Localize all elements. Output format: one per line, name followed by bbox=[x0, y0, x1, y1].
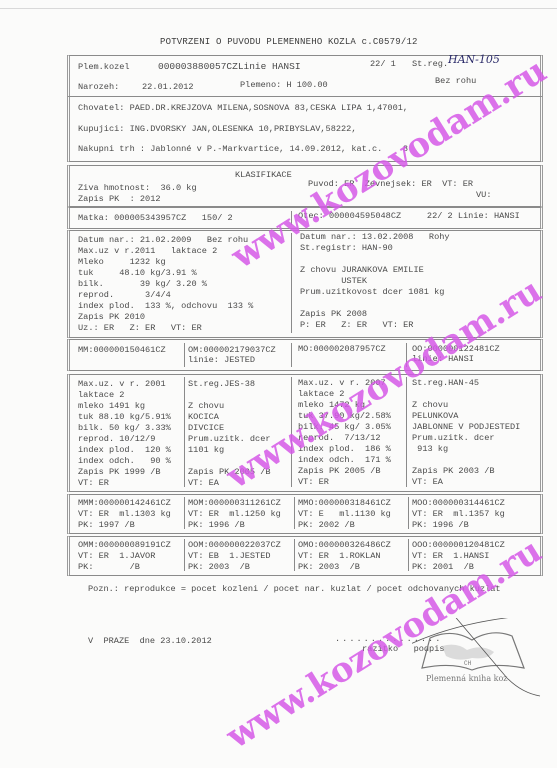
ancestor-line: VT: ER ml.1357 kg bbox=[412, 509, 505, 520]
detail-line bbox=[188, 390, 271, 401]
otec-id: Otec: 000004595048CZ 22/ 2 Linie: HANSI bbox=[298, 211, 520, 222]
ancestor-line: VT: E ml.1130 kg bbox=[298, 509, 391, 520]
detail-line: tuk 48.10 kg/3.91 % bbox=[78, 268, 253, 279]
detail-line: Zapis PK 1999 /B bbox=[78, 467, 171, 478]
oo-line: linie: HANSI bbox=[412, 354, 474, 365]
detail-line: Z chovu JURANKOVA EMILIE bbox=[300, 265, 450, 276]
stamp-book-icon bbox=[412, 618, 542, 698]
ancestor-line: OOM:000000022037CZ bbox=[188, 540, 281, 551]
om-detail: St.reg.JES-38 Z chovuKOCICADIVCICEPrum.u… bbox=[188, 379, 271, 489]
grandparents-box: MM:000000150461CZ OM:000002179037CZ lini… bbox=[67, 339, 543, 371]
detail-line: mleko 1491 kg bbox=[78, 401, 171, 412]
detail-line: St.registr: HAN-90 bbox=[300, 243, 450, 254]
detail-line: bilk. 45 kg/ 3.05% bbox=[298, 422, 391, 433]
detail-line: Max.uz. v r. 2001 bbox=[78, 379, 171, 390]
detail-line: Zapis PK 2005 /B bbox=[188, 467, 271, 478]
detail-line: Uz.: ER Z: ER VT: ER bbox=[78, 323, 253, 334]
ancestor-line: VT: ER 1.JAVOR bbox=[78, 551, 171, 562]
ancestor-cell: MOM:000000311261CZVT: ER ml.1250 kgPK: 1… bbox=[188, 498, 281, 531]
ancestor-line: OOO:000000120481CZ bbox=[412, 540, 505, 551]
detail-line: Z chovu bbox=[412, 400, 520, 411]
klasifikace-heading: KLASIFIKACE bbox=[235, 170, 292, 181]
detail-line: bilk. 50 kg/ 3.33% bbox=[78, 423, 171, 434]
detail-line: Prum.uzitkovost dcer 1081 kg bbox=[300, 287, 450, 298]
great-grandparents-row-2: OMM:000000089191CZVT: ER 1.JAVORPK: /BOO… bbox=[67, 536, 543, 576]
matka-detail: Datum nar.: 21.02.2009 Bez rohuMax.uz v … bbox=[78, 235, 253, 334]
detail-line: KOCICA bbox=[188, 412, 271, 423]
ancestor-line: VT: ER 1.ROKLAN bbox=[298, 551, 391, 562]
place-date: V PRAZE dne 23.10.2012 bbox=[88, 636, 212, 647]
detail-line: index plod. 120 % bbox=[78, 445, 171, 456]
detail-line: Mleko 1232 kg bbox=[78, 257, 253, 268]
grandparents-detail-box: Max.uz. v r. 2001laktace 2mleko 1491 kgt… bbox=[67, 374, 543, 492]
ancestor-line: PK: 2003 /B bbox=[298, 562, 391, 573]
ancestor-cell: MMO:000000318461CZVT: E ml.1130 kgPK: 20… bbox=[298, 498, 391, 531]
detail-line: laktace 2 bbox=[78, 390, 171, 401]
detail-line: Zapis PK 2010 bbox=[78, 312, 253, 323]
nakupni-trh: Nakupni trh : Jablonné v P.-Markvartice,… bbox=[78, 144, 408, 155]
zapis-pk: Zapis PK : 2012 bbox=[78, 194, 161, 205]
detail-line: JABLONNE V PODJESTEDI bbox=[412, 422, 520, 433]
detail-line: index odch. 90 % bbox=[78, 456, 171, 467]
horns: Bez rohu bbox=[435, 76, 476, 87]
detail-line: St.reg.HAN-45 bbox=[412, 378, 520, 389]
ziva-hmotnost: Ziva hmotnost: 36.0 kg bbox=[78, 183, 197, 194]
detail-line: Max.uz. v r. 2007 bbox=[298, 378, 391, 389]
ancestor-cell: MOO:000000314461CZVT: ER ml.1357 kgPK: 1… bbox=[412, 498, 505, 531]
detail-line: Max.uz v r.2011 laktace 2 bbox=[78, 246, 253, 257]
ancestor-line: OMM:000000089191CZ bbox=[78, 540, 171, 551]
ancestor-line: PK: 2002 /B bbox=[298, 520, 391, 531]
detail-line: 913 kg bbox=[412, 444, 520, 455]
detail-line: index odch. 171 % bbox=[298, 455, 391, 466]
stamp-mark: CH bbox=[464, 658, 471, 669]
mm-detail: Max.uz. v r. 2001laktace 2mleko 1491 kgt… bbox=[78, 379, 171, 489]
detail-line bbox=[300, 254, 450, 265]
plem-kozel-label: Plem.kozel bbox=[78, 62, 130, 73]
header-box: Plem.kozel 000003880057CZLinie HANSI 22/… bbox=[67, 55, 543, 97]
detail-line: 1101 kg bbox=[188, 445, 271, 456]
ancestor-line: PK: 1996 /B bbox=[412, 520, 505, 531]
parties-box: Chovatel: PAED.DR.KREJZOVA MILENA,SOSNOV… bbox=[67, 96, 543, 162]
mo-id: MO:000002087957CZ bbox=[298, 344, 386, 355]
detail-line: Zapis PK 2003 /B bbox=[412, 466, 520, 477]
detail-line: Datum nar.: 21.02.2009 Bez rohu bbox=[78, 235, 253, 246]
ancestor-line: VT: ER ml.1250 kg bbox=[188, 509, 281, 520]
detail-line: mleko 1472 kg bbox=[298, 400, 391, 411]
ancestor-line: VT: ER ml.1303 kg bbox=[78, 509, 171, 520]
great-grandparents-row-1: MMM:000000142461CZVT: ER ml.1303 kgPK: 1… bbox=[67, 494, 543, 534]
detail-line: Z chovu bbox=[188, 401, 271, 412]
klasifikace-box: KLASIFIKACE Ziva hmotnost: 36.0 kg Zapis… bbox=[67, 165, 543, 207]
note: Pozn.: reprodukce = pocet kozleni / poce… bbox=[88, 584, 501, 595]
ancestor-line: PK: 1996 /B bbox=[188, 520, 281, 531]
stamp: Plemenná kniha koz CH bbox=[412, 618, 542, 698]
ancestor-cell: MMM:000000142461CZVT: ER ml.1303 kgPK: 1… bbox=[78, 498, 171, 531]
detail-line: laktace 2 bbox=[298, 389, 391, 400]
puvod: Puvod: ER Zevnejsek: ER VT: ER bbox=[308, 179, 473, 190]
narozen-label: Narozeh: bbox=[78, 82, 119, 93]
detail-line: Datum nar.: 13.02.2008 Rohy bbox=[300, 232, 450, 243]
ancestor-cell: OMO:000000326486CZVT: ER 1.ROKLANPK: 200… bbox=[298, 540, 391, 573]
detail-line: index plod. 186 % bbox=[298, 444, 391, 455]
detail-line: DIVCICE bbox=[188, 423, 271, 434]
detail-line: index plod. 133 %, odchovu 133 % bbox=[78, 301, 253, 312]
matka-id: Matka: 000005343957CZ 150/ 2 bbox=[78, 213, 233, 224]
kupujici: Kupujici: ING.DVORSKY JAN,OLESENKA 10,PR… bbox=[78, 124, 356, 135]
detail-line bbox=[412, 455, 520, 466]
detail-line: tuk 37.90 kg/2.58% bbox=[298, 411, 391, 422]
ancestor-line: PK: 2001 /B bbox=[412, 562, 505, 573]
detail-line: VT: ER bbox=[78, 478, 171, 489]
ancestor-line: OMO:000000326486CZ bbox=[298, 540, 391, 551]
detail-line: VT: ER bbox=[298, 477, 391, 488]
ancestor-line: VT: ER 1.HANSI bbox=[412, 551, 505, 562]
detail-line: P: ER Z: ER VT: ER bbox=[300, 320, 450, 331]
detail-line: reprod. 3/4/4 bbox=[78, 290, 253, 301]
plemeno: Plemeno: H 100.00 bbox=[240, 80, 328, 91]
chovatel: Chovatel: PAED.DR.KREJZOVA MILENA,SOSNOV… bbox=[78, 103, 408, 114]
reg-numbers: 22/ 1 bbox=[370, 59, 396, 70]
detail-line: USTEK bbox=[300, 276, 450, 287]
ancestor-line: MMO:000000318461CZ bbox=[298, 498, 391, 509]
ancestor-line: MOM:000000311261CZ bbox=[188, 498, 281, 509]
detail-line: tuk 88.10 kg/5.91% bbox=[78, 412, 171, 423]
ancestor-cell: OMM:000000089191CZVT: ER 1.JAVORPK: /B bbox=[78, 540, 171, 573]
ancestor-line: MOO:000000314461CZ bbox=[412, 498, 505, 509]
ancestor-line: PK: 1997 /B bbox=[78, 520, 171, 531]
detail-line: bilk. 39 kg/ 3.20 % bbox=[78, 279, 253, 290]
st-reg-handwritten: HAN-105 bbox=[448, 54, 500, 65]
detail-line bbox=[188, 456, 271, 467]
detail-line: Zapis PK 2005 /B bbox=[298, 466, 391, 477]
detail-line bbox=[412, 389, 520, 400]
ancestor-cell: OOO:000000120481CZVT: ER 1.HANSIPK: 2001… bbox=[412, 540, 505, 573]
detail-line: reprod. 7/13/12 bbox=[298, 433, 391, 444]
ancestor-line: PK: 2003 /B bbox=[188, 562, 281, 573]
ancestor-line: MMM:000000142461CZ bbox=[78, 498, 171, 509]
vu: VU: bbox=[476, 190, 491, 201]
document-title: POTVRZENI O PUVODU PLEMENNEHO KOZLA c.C0… bbox=[160, 37, 418, 47]
plem-kozel-value: 000003880057CZLinie HANSI bbox=[158, 61, 301, 72]
detail-line: Prum.uzitk. dcer bbox=[412, 433, 520, 444]
parents-detail-box: Datum nar.: 21.02.2009 Bez rohuMax.uz v … bbox=[67, 230, 543, 338]
detail-line: VT: EA bbox=[188, 478, 271, 489]
st-reg-label: St.reg. bbox=[412, 59, 448, 70]
stamp-text: Plemenná kniha koz bbox=[426, 673, 508, 684]
parents-box: Matka: 000005343957CZ 150/ 2 Otec: 00000… bbox=[67, 207, 543, 229]
detail-line: PELUNKOVA bbox=[412, 411, 520, 422]
ancestor-line: PK: /B bbox=[78, 562, 171, 573]
page-edge bbox=[0, 8, 557, 9]
mo-detail: Max.uz. v r. 2007laktace 2mleko 1472 kgt… bbox=[298, 378, 391, 488]
ancestor-line: VT: EB 1.JESTED bbox=[188, 551, 281, 562]
oo-detail: St.reg.HAN-45 Z chovuPELUNKOVAJABLONNE V… bbox=[412, 378, 520, 488]
detail-line bbox=[300, 298, 450, 309]
ancestor-cell: OOM:000000022037CZVT: EB 1.JESTEDPK: 200… bbox=[188, 540, 281, 573]
detail-line: St.reg.JES-38 bbox=[188, 379, 271, 390]
otec-detail: Datum nar.: 13.02.2008 RohySt.registr: H… bbox=[300, 232, 450, 331]
detail-line: Zapis PK 2008 bbox=[300, 309, 450, 320]
detail-line: VT: EA bbox=[412, 477, 520, 488]
om-line: linie: JESTED bbox=[188, 355, 255, 366]
mm-id: MM:000000150461CZ bbox=[78, 345, 166, 356]
detail-line: Prum.uzitk. dcer bbox=[188, 434, 271, 445]
narozen-value: 22.01.2012 bbox=[142, 82, 194, 93]
detail-line: reprod. 10/12/9 bbox=[78, 434, 171, 445]
